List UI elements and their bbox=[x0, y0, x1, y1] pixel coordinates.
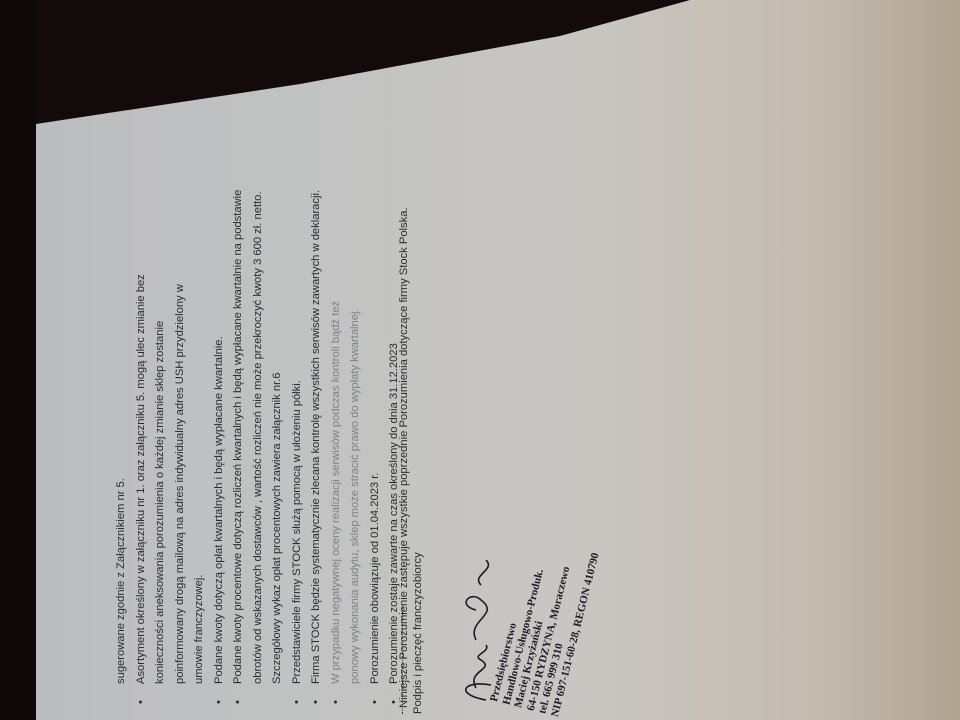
document-line: konieczności aneksowania porozumienia o … bbox=[151, 108, 171, 708]
background-table bbox=[0, 0, 36, 720]
document-line: Szczegółowy wykaz opłat procentowych zaw… bbox=[268, 108, 288, 708]
document-line: sugerowane zgodnie z Załącznikiem nr 5. bbox=[112, 108, 132, 708]
document-line: Podane kwoty dotyczą opłat kwartalnych i… bbox=[210, 108, 230, 708]
signature-dotted-line bbox=[392, 604, 403, 714]
document-line: Asortyment określony w załączniku nr 1. … bbox=[132, 108, 152, 708]
document-line: ponowy wykonania audytu, sklep może stra… bbox=[346, 108, 366, 708]
document-line: umowie franczyzowej. bbox=[190, 108, 210, 708]
document-line: W przypadku negatywnej oceny realizacji … bbox=[327, 108, 347, 708]
bullet-list: sugerowane zgodnie z Załącznikiem nr 5.A… bbox=[112, 108, 405, 708]
document-line: obrotów od wskazanych dostawców , wartoś… bbox=[249, 108, 269, 708]
document-line: Firma STOCK będzie systematycznie zlecan… bbox=[307, 108, 327, 708]
document-line: poinformowany drogą mailową na adres ind… bbox=[171, 108, 191, 708]
signature-block: Podpis i pieczęć franczyzobiorcy bbox=[392, 434, 424, 714]
signature-label: Podpis i pieczęć franczyzobiorcy bbox=[412, 434, 424, 714]
document-line: Przedstawiciele firmy STOCK służą pomocą… bbox=[288, 108, 308, 708]
document-line: Porozumienie obowiązuje od 01.04.2023 r. bbox=[366, 108, 386, 708]
document-line: Podane kwoty procentowe dotyczą rozlicze… bbox=[229, 108, 249, 708]
